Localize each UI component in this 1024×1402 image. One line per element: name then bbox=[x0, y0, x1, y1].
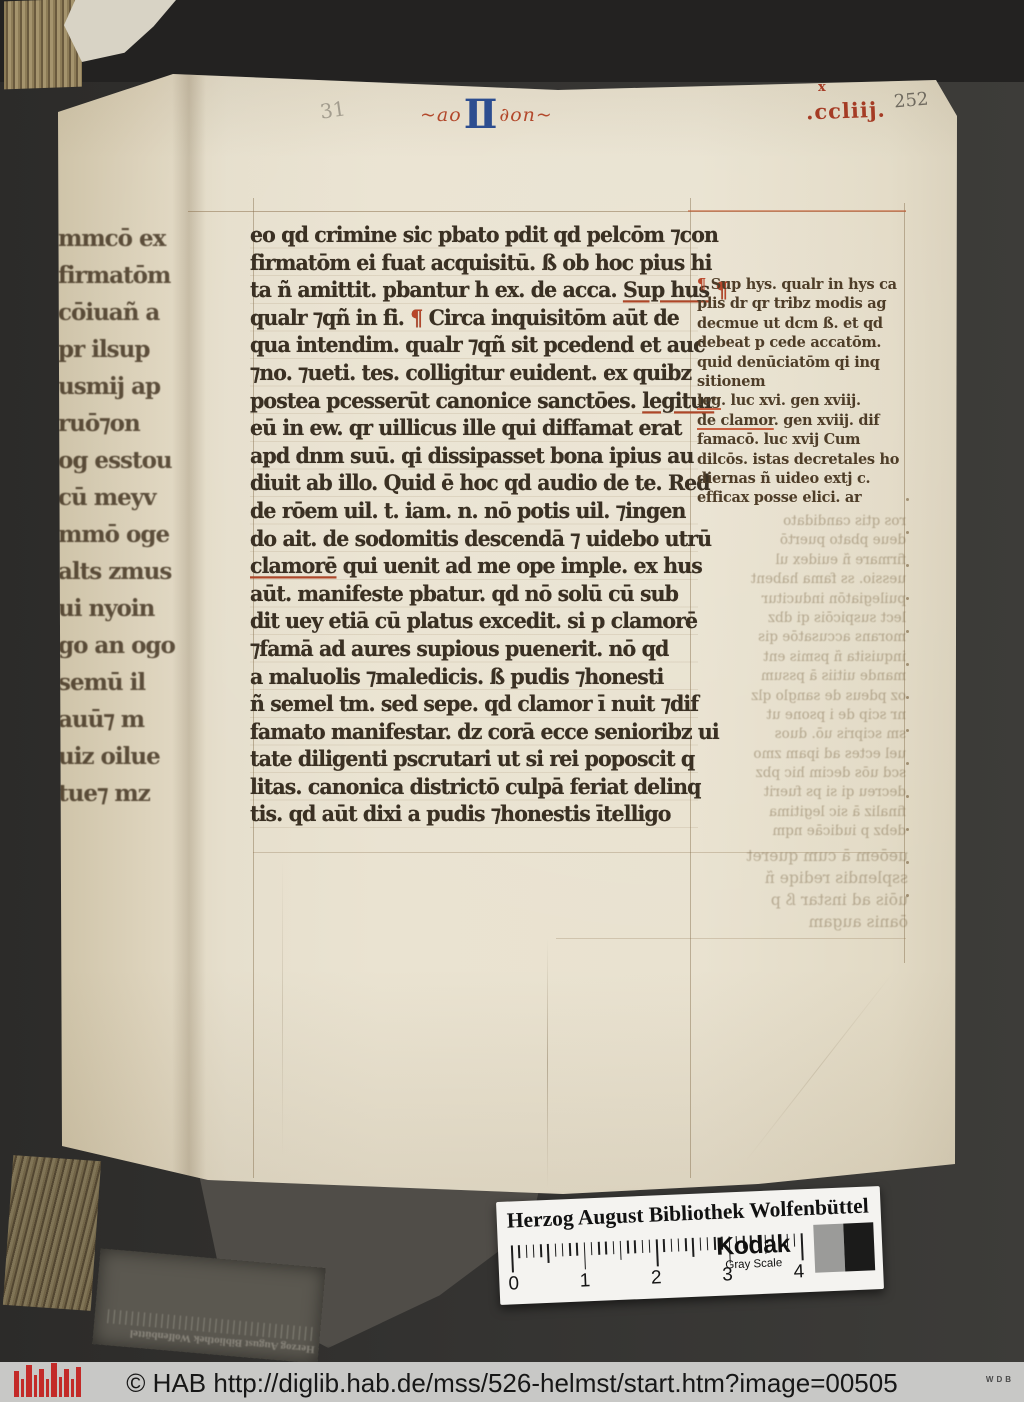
text-line: finaliz ā sic legitima bbox=[694, 803, 906, 822]
text-line: og esstou bbox=[58, 442, 176, 479]
watermark-small: WDB bbox=[986, 1375, 1014, 1384]
pricking-dot bbox=[906, 663, 909, 666]
text-line: uel ectes ad ipam zmo bbox=[694, 745, 906, 764]
ruler-tick bbox=[569, 1243, 571, 1256]
text-line: nr scip de i psone ut bbox=[694, 706, 906, 725]
text-line: inquisita ñ psmis ent bbox=[694, 648, 906, 667]
text-line: sitionem bbox=[697, 372, 911, 391]
book-page-edges-bottom bbox=[3, 1155, 101, 1311]
text-line: ssplendis rediqe ñ bbox=[560, 867, 908, 889]
text-line: decmue ut dcm ß. et qd bbox=[697, 314, 911, 333]
ruler-tick bbox=[591, 1242, 593, 1255]
text-line: eū in ew. qr uillicus ille qui diffamat … bbox=[250, 414, 698, 443]
parchment-page: mmcō exfirmatōmcōiuañ apr ilsupusmij apr… bbox=[58, 68, 960, 1194]
footer-bar: © HAB http://diglib.hab.de/mss/526-helms… bbox=[0, 1362, 1024, 1402]
text-line: postea pcesserūt canonice sanctōes. legi… bbox=[250, 387, 698, 416]
ruler-tick bbox=[641, 1240, 643, 1253]
text-line: mande uitiis ā pssum bbox=[694, 667, 906, 686]
text-line: firmare ñ euidex ul bbox=[694, 551, 906, 570]
ruler-tick bbox=[547, 1244, 549, 1263]
ruler-number: 2 bbox=[651, 1267, 662, 1289]
text-line: ōanis augam bbox=[560, 911, 908, 933]
text-line: famacō. luc xvij Cum bbox=[697, 430, 911, 449]
ruler-tick bbox=[554, 1244, 556, 1257]
ruler-tick bbox=[648, 1240, 650, 1253]
pricking-dot bbox=[906, 729, 909, 732]
pricking-dot bbox=[906, 564, 909, 567]
marginal-gloss: ¶ Sup hys. qualr in hys caplis dr qr tri… bbox=[697, 275, 911, 508]
text-line: de clamor. gen xviij. dif bbox=[697, 411, 911, 430]
text-line: qua intendim. qualr ⁊qñ sit pcedend et a… bbox=[250, 331, 698, 360]
text-line: dilcōs. istas decretales ho bbox=[697, 450, 911, 469]
text-line: eo qd crimine sic pbato pdit qd pelcōm ⁊… bbox=[250, 221, 698, 250]
pricking-dot bbox=[906, 696, 909, 699]
text-line: efficax posse elici. ar bbox=[697, 488, 911, 507]
showthrough-below-text: ueōem ā cum queretssplendis rediqe ñuōis… bbox=[560, 845, 908, 933]
text-line: do ait. de sodomitis descendā ⁊ uidebo u… bbox=[250, 525, 698, 554]
text-line: a maluolis ⁊maledicis. ß pudis ⁊honesti bbox=[250, 663, 698, 692]
folio-number-pencil: 252 bbox=[893, 89, 929, 113]
text-line: go an ogo bbox=[58, 627, 176, 664]
copyright-url: © HAB http://diglib.hab.de/mss/526-helms… bbox=[0, 1362, 1024, 1402]
text-line: ¶ Sup hys. qualr in hys ca bbox=[697, 275, 911, 294]
ruler-tick bbox=[685, 1238, 687, 1251]
text-line: tate diligenti pscrutari ut si rei popos… bbox=[250, 745, 698, 774]
text-line: mmō oge bbox=[58, 516, 176, 553]
text-line: diernas ñ uideo extj c. bbox=[697, 469, 911, 488]
text-line: ueōem ā cum queret bbox=[560, 845, 908, 867]
ruler-tick bbox=[583, 1242, 586, 1269]
ruler-tick bbox=[605, 1241, 607, 1254]
ruling-horizontal-lower bbox=[556, 938, 906, 939]
text-line: usmij ap bbox=[58, 368, 176, 405]
text-line: debeat p cede accatōm. bbox=[697, 333, 911, 352]
showthrough-right-column: ros qtis candidatodeue pbato puertōfirma… bbox=[694, 512, 906, 842]
ruler-tick bbox=[692, 1238, 694, 1257]
text-line: ros qtis candidato bbox=[694, 512, 906, 531]
ruler-tick bbox=[627, 1241, 629, 1254]
ruler-tick bbox=[677, 1238, 679, 1251]
text-line: oz pdeus de sanglo qlz bbox=[694, 687, 906, 706]
text-line: ⁊no. ⁊ueti. tes. colligitur euident. ex … bbox=[250, 359, 698, 388]
text-line: leg. luc xvi. gen xviij. bbox=[697, 391, 911, 410]
ruling-horizontal-red bbox=[688, 210, 906, 212]
text-line: puilegiatōn inducitur bbox=[694, 590, 906, 609]
ruler-tick bbox=[525, 1245, 527, 1258]
ruler-tick bbox=[656, 1239, 659, 1266]
text-line: cōiuañ a bbox=[58, 294, 176, 331]
text-line: tue⁊ mz bbox=[58, 775, 176, 812]
ruler-tick bbox=[634, 1240, 636, 1253]
ruler-tick bbox=[670, 1239, 672, 1252]
pricking-dot bbox=[906, 762, 909, 765]
text-line: lect suspicōis qi dbz bbox=[694, 609, 906, 628]
ornament-blue-initial: Ⅱ bbox=[464, 94, 498, 136]
text-line: mmcō ex bbox=[58, 220, 176, 257]
text-line: qualr ⁊qñ in fi. ¶ Circa inquisitōm aūt … bbox=[250, 304, 698, 333]
text-line: alts zmus bbox=[58, 553, 176, 590]
ruler-tick bbox=[518, 1245, 520, 1258]
text-line: morans accusatōe qis bbox=[694, 628, 906, 647]
ornament-red-flourish-left: ~ao bbox=[420, 104, 462, 126]
text-line: sm scipris uō. duos bbox=[694, 725, 906, 744]
ruler-tick bbox=[562, 1243, 564, 1256]
ruler-tick bbox=[511, 1245, 514, 1272]
text-line: debz p iudicāe nqm bbox=[694, 822, 906, 841]
text-line: aūt. manifeste pbatur. qd nō solū cū sub bbox=[250, 580, 698, 609]
text-line: tis. qd aūt dixi a pudis ⁊honestis ītell… bbox=[250, 800, 698, 829]
text-line: famato manifestar. dz corā ecce seniorib… bbox=[250, 718, 698, 747]
text-line: scd uōs decim hic pbz bbox=[694, 764, 906, 783]
text-line: ruō⁊on bbox=[58, 405, 176, 442]
text-line: semū il bbox=[58, 664, 176, 701]
ruler-tick bbox=[598, 1242, 600, 1255]
pricking-dot bbox=[906, 795, 909, 798]
black-patch bbox=[843, 1222, 875, 1271]
text-line: pr ilsup bbox=[58, 331, 176, 368]
text-line: de rōem uil. t. iam. n. nō potis uil. ⁊i… bbox=[250, 497, 698, 526]
text-line: firmatōm bbox=[58, 257, 176, 294]
text-line: auū⁊ m bbox=[58, 701, 176, 738]
text-line: uōis ad instar ß p bbox=[560, 889, 908, 911]
text-line: uiz oilue bbox=[58, 738, 176, 775]
pricking-dot bbox=[906, 597, 909, 600]
showthrough-previous-page: mmcō exfirmatōmcōiuañ apr ilsupusmij apr… bbox=[58, 220, 176, 820]
gray-patch bbox=[813, 1224, 845, 1273]
text-line: firmatōm ei fuat acquisitū. ß ob hoc piu… bbox=[250, 249, 698, 278]
pricking-dot bbox=[906, 630, 909, 633]
text-line: apd dnm suū. qi dissipasset bona ipius a… bbox=[250, 442, 698, 471]
digitized-manuscript-photo: mmcō exfirmatōmcōiuañ apr ilsupusmij apr… bbox=[0, 0, 1024, 1402]
pricking-dot bbox=[906, 531, 909, 534]
text-line: dit uey etiā cū platus excedit. si p cla… bbox=[250, 607, 698, 636]
folio-red-superscript: x bbox=[818, 80, 826, 95]
pencil-quire-number: 31 bbox=[318, 96, 347, 123]
text-line: deue pbato puertō bbox=[694, 531, 906, 550]
text-line: clamorē qui uenit ad me ope imple. ex hu… bbox=[250, 552, 698, 581]
text-line: quid denūciatōm qi inq bbox=[697, 353, 911, 372]
ruler-tick bbox=[619, 1241, 621, 1260]
text-line: ñ semel tm. sed sepe. qd clamor ī nuit ⁊… bbox=[250, 690, 698, 719]
text-line: ui nyoin bbox=[58, 590, 176, 627]
ruler-tick bbox=[540, 1244, 542, 1257]
crease-line bbox=[282, 858, 283, 1158]
ornament-red-flourish-right: ∂on~ bbox=[499, 104, 552, 126]
text-line: uessio. ss fama habent bbox=[694, 570, 906, 589]
text-line: ta ñ amittit. pbantur h ex. de acca. Sup… bbox=[250, 276, 698, 305]
main-text-block: eo qd crimine sic pbato pdit qd pelcōm ⁊… bbox=[250, 221, 698, 828]
crease-line bbox=[547, 938, 548, 1188]
text-line: litas. canonica districtō culpā feriat d… bbox=[250, 773, 698, 802]
gutter-fold-shadow bbox=[172, 68, 206, 1194]
ruler-tick bbox=[576, 1243, 578, 1256]
ruler-number: 1 bbox=[579, 1270, 590, 1292]
text-line: decreu qi si ps fuerit bbox=[694, 783, 906, 802]
text-line: ⁊famā ad aures supious puenerit. nō qd bbox=[250, 635, 698, 664]
text-line: diuit ab illo. Quid ē hoc qd audio de te… bbox=[250, 469, 698, 498]
ruler-tick bbox=[612, 1241, 614, 1254]
kodak-label-block: Kodak Gray Scale bbox=[698, 1229, 810, 1273]
text-line: plis dr qr tribz modis ag bbox=[697, 294, 911, 313]
running-title-ornament: ~ao Ⅱ ∂on~ bbox=[420, 94, 553, 136]
ruler-tick bbox=[533, 1245, 535, 1258]
second-ruler-card-dim: Herzog August Bibliothek Wolfenbüttel bbox=[92, 1248, 326, 1363]
kodak-grayscale-card: Herzog August Bibliothek Wolfenbüttel 01… bbox=[496, 1186, 884, 1305]
text-line: cū meyv bbox=[58, 479, 176, 516]
pricking-dot bbox=[906, 828, 909, 831]
ruler-number: 0 bbox=[508, 1273, 519, 1295]
ruler-tick bbox=[663, 1239, 665, 1252]
folio-number-red: .ccliij. bbox=[806, 97, 887, 125]
